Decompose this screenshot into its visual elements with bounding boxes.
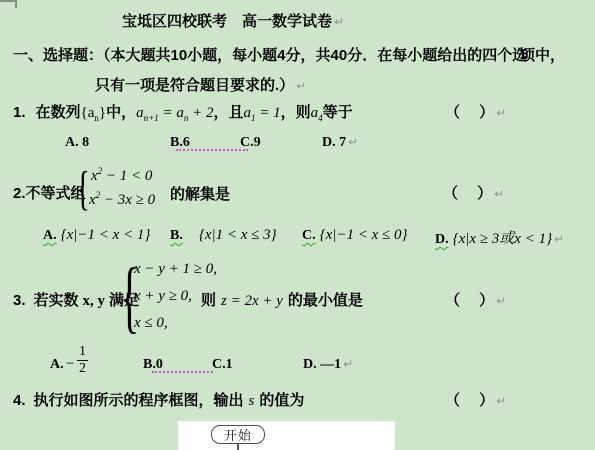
question-2-number: 2.: [13, 185, 26, 202]
q3-constraint-1: x − y + 1 ≥ 0,: [134, 261, 217, 278]
q3-variables: x, y: [83, 293, 106, 310]
flowchart-start-label: 开始: [224, 425, 252, 444]
question-2-text2: 的解集是: [170, 183, 230, 204]
document-title: 宝坻区四校联考 高一数学试卷 ↵: [122, 10, 344, 31]
q2-option-b: B. {x|1 < x ≤ 3}: [170, 227, 277, 244]
answer-parentheses: （ ）: [445, 101, 494, 122]
paragraph-mark: ↵: [554, 232, 564, 246]
question-1-number: 1.: [13, 104, 26, 121]
fraction-numerator: 1: [79, 344, 86, 360]
paragraph-mark: ↵: [296, 79, 306, 93]
q2-option-c-set: {x|−1 < x ≤ 0}: [320, 227, 408, 244]
q1-option-d: D. 7 ↵: [322, 135, 358, 151]
paragraph-mark: ↵: [348, 135, 358, 149]
q4-variable: s: [249, 393, 255, 410]
answer-parentheses: （ ）: [445, 389, 494, 410]
q2-option-b-set: {x|1 < x ≤ 3}: [199, 227, 277, 244]
target-term: a4: [311, 105, 323, 122]
question-1-text: 中，: [106, 101, 136, 122]
answer-blank-q3: （ ） ↵: [445, 289, 506, 310]
q3-constraint-2: x + y ≥ 0,: [134, 288, 192, 305]
question-3-text4: 的最小值是: [288, 289, 363, 310]
q3-option-a-label: A.: [50, 357, 64, 373]
q2-option-b-label: B.: [170, 228, 183, 244]
question-3-number: 3.: [13, 292, 26, 309]
spellcheck-dotted-underline: [176, 149, 248, 151]
exam-document-page: 宝坻区四校联考 高一数学试卷 ↵ 一、选择题：（本大题共10小题，每小题4分，共…: [0, 0, 595, 450]
answer-parentheses: （ ）: [443, 182, 492, 203]
paragraph-mark: ↵: [496, 294, 506, 308]
recurrence-formula: an+1 = an + 2: [136, 105, 213, 122]
objective-formula: z = 2x + y: [221, 293, 283, 310]
section-instruction-line1-cont: 项中，: [520, 44, 565, 65]
term: x: [91, 168, 98, 184]
term: − 1 < 0: [102, 168, 152, 184]
term: = 1: [255, 105, 280, 121]
brace-close: }: [99, 105, 106, 121]
question-4-stem: 4. 执行如图所示的程序框图，输出 s 的值为: [13, 389, 304, 410]
answer-blank-q1: （ ） ↵: [445, 101, 506, 122]
paragraph-mark: ↵: [343, 357, 353, 371]
q2-option-a: A. {x|−1 < x < 1}: [43, 227, 150, 244]
term: + 2: [188, 105, 213, 121]
section-instruction-line1: 一、选择题：（本大题共10小题，每小题4分，共40分．在每小题给出的四个选: [13, 44, 527, 65]
term: = a: [159, 105, 184, 121]
paragraph-mark: ↵: [334, 15, 344, 29]
question-3-text3: 则: [201, 289, 216, 310]
answer-blank-q2: （ ） ↵: [443, 182, 504, 203]
q3-option-d-text: D. —1: [303, 357, 341, 373]
question-4-text2: 的值为: [259, 389, 304, 410]
term: a: [136, 105, 144, 121]
spellcheck-dotted-underline: [152, 371, 213, 373]
q3-constraint-3: x ≤ 0,: [134, 315, 168, 332]
question-4-text: 执行如图所示的程序框图，输出: [34, 389, 244, 410]
term: − 3x ≥ 0: [100, 192, 155, 208]
question-3-text: 若实数: [34, 289, 79, 310]
q2-option-d: D. {x|x ≥ 3或x < 1} ↵: [435, 227, 564, 248]
page-boundary-corner-mark: [15, 0, 17, 8]
brace-open: {: [81, 105, 88, 121]
question-4-number: 4.: [13, 392, 26, 409]
q2-inequality-2: x2 − 3x ≥ 0: [89, 192, 155, 209]
question-1-text: ，则: [281, 101, 311, 122]
fraction-denominator: 2: [77, 360, 88, 377]
initial-term-formula: a1 = 1: [243, 105, 280, 122]
term: a: [311, 105, 319, 121]
q2-option-c-label: C.: [302, 228, 316, 244]
q3-option-c: C.1: [212, 357, 233, 373]
q1-option-a: A. 8: [65, 135, 89, 151]
q2-inequality-1: x2 − 1 < 0: [91, 168, 152, 185]
q2-option-a-label: A.: [43, 228, 57, 244]
flowchart-connector-line: [237, 444, 239, 450]
subscript: n+1: [144, 113, 159, 123]
term: x: [89, 192, 96, 208]
question-1-stem: 1. 在数列 {an} 中， an+1 = an + 2 ，且 a1 = 1 ，…: [13, 101, 353, 122]
flowchart-start-node: 开始: [211, 425, 265, 444]
question-1-text: 在数列: [36, 101, 81, 122]
sequence-notation: {an}: [81, 105, 107, 122]
answer-blank-q4: （ ） ↵: [445, 389, 506, 410]
q3-option-a-minus: −: [66, 356, 74, 373]
system-brace: {: [76, 166, 90, 212]
question-3-objective: 则 z = 2x + y 的最小值是: [201, 289, 363, 310]
paragraph-mark: ↵: [494, 187, 504, 201]
document-title-text: 宝坻区四校联考 高一数学试卷: [122, 10, 332, 31]
q2-option-c: C. {x|−1 < x ≤ 0}: [302, 227, 408, 244]
q1-option-d-text: D. 7: [322, 135, 346, 151]
paragraph-mark: ↵: [496, 394, 506, 408]
q3-option-d: D. —1 ↵: [303, 357, 353, 373]
question-1-text: 等于: [323, 101, 353, 122]
question-1-text: ，且: [213, 101, 243, 122]
section-instruction-line2: 只有一项是符合题目要求的.） ↵: [95, 74, 306, 95]
q3-option-a-fraction: 1 2: [77, 344, 88, 377]
answer-parentheses: （ ）: [445, 289, 494, 310]
paragraph-mark: ↵: [496, 106, 506, 120]
q2-option-d-set: {x|x ≥ 3或x < 1}: [453, 227, 552, 248]
q2-option-a-set: {x|−1 < x < 1}: [61, 227, 151, 244]
question-2-stem: 2. 不等式组: [13, 182, 86, 203]
section-instruction-line2-text: 只有一项是符合题目要求的.）: [95, 74, 294, 95]
term: a: [243, 105, 251, 121]
q2-option-d-label: D.: [435, 232, 449, 248]
